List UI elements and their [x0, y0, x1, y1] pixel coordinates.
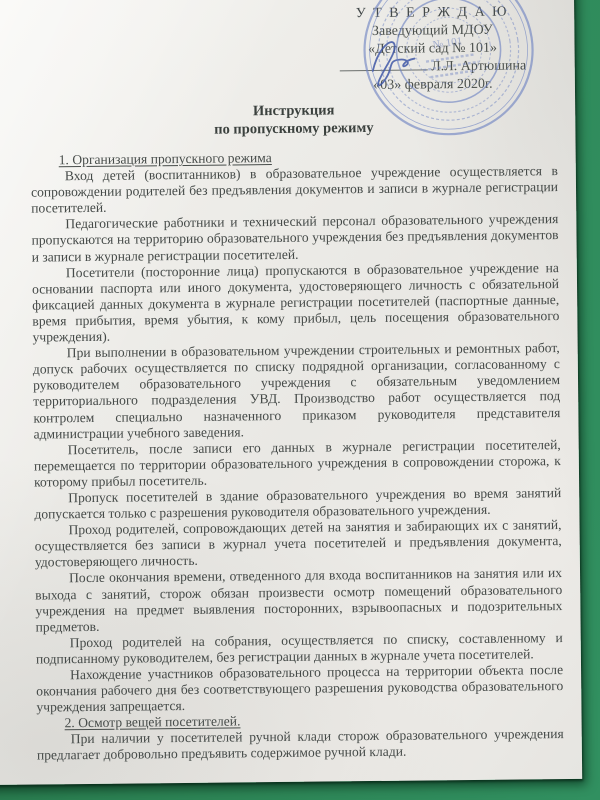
signature-row: Л.Л. Артюшина — [315, 57, 551, 77]
paragraph: Педагогические работники и технический п… — [31, 211, 558, 265]
paragraph: Нахождение участников образовательного п… — [36, 662, 563, 716]
paragraph: Посетители (посторонние лица) пропускают… — [32, 260, 560, 346]
paragraph: Вход детей (воспитанников) в образовател… — [31, 163, 558, 217]
approval-date: «03» февраля 2020г. — [315, 75, 551, 95]
document-page: У Т В Е Р Ж Д А Ю Заведующий МДОУ «Детск… — [0, 0, 582, 785]
document-body: 1. Организация пропускного режима Вход д… — [31, 147, 564, 764]
document-title: Инструкция по пропускному режиму — [30, 99, 557, 141]
approval-block: У Т В Е Р Ж Д А Ю Заведующий МДОУ «Детск… — [314, 3, 551, 95]
paragraph: Посетитель, после записи его данных в жу… — [34, 437, 561, 491]
paragraph: При наличии у посетителей ручной клади с… — [37, 726, 564, 764]
document-content: У Т В Е Р Ж Д А Ю Заведующий МДОУ «Детск… — [29, 3, 564, 764]
signer-name: Л.Л. Артюшина — [431, 58, 526, 74]
paragraph: После окончания времени, отведенного для… — [35, 565, 563, 635]
signature-line — [339, 58, 427, 71]
paragraph: Проход родителей, сопровождающих детей н… — [34, 517, 561, 571]
paragraph: При выполнении в образовательном учрежде… — [33, 340, 561, 442]
